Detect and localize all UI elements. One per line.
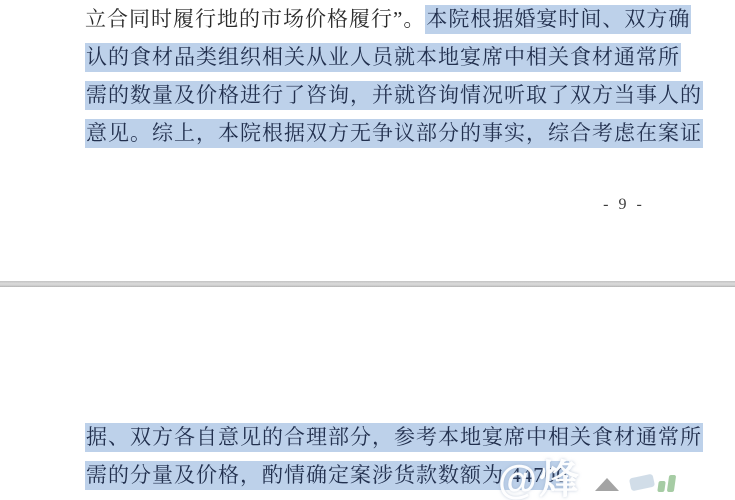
text-line: 需的分量及价格，酌情确定案涉货款数额为 44700: [85, 461, 660, 489]
page-10[interactable]: 据、双方各自意见的合理部分，参考本地宴席中相关食材通常所 需的分量及价格，酌情确…: [0, 287, 735, 500]
page-9[interactable]: 立合同时履行地的市场价格履行”。本院根据婚宴时间、双方确 认的食材品类组织相关从…: [0, 0, 735, 281]
document-viewer: 立合同时履行地的市场价格履行”。本院根据婚宴时间、双方确 认的食材品类组织相关从…: [0, 0, 735, 500]
selected-text: 据、双方各自意见的合理部分，参考本地宴席中相关食材通常所: [85, 423, 703, 452]
selected-text: 认的食材品类组织相关从业人员就本地宴席中相关食材通常所: [85, 43, 681, 72]
unselected-text: 立合同时履行地的市场价格履行”。: [85, 7, 425, 31]
selected-text: 需的数量及价格进行了咨询，并就咨询情况听取了双方当事人的: [85, 81, 703, 110]
page-number: - 9 -: [598, 196, 650, 214]
selected-text: 需的分量及价格，酌情确定案涉货款数额为 44700: [85, 461, 569, 490]
text-line: 据、双方各自意见的合理部分，参考本地宴席中相关食材通常所: [85, 423, 660, 451]
selected-text: 意见。综上，本院根据双方无争议部分的事实，综合考虑在案证: [85, 119, 703, 148]
text-line: 意见。综上，本院根据双方无争议部分的事实，综合考虑在案证: [85, 119, 660, 147]
text-line: 立合同时履行地的市场价格履行”。本院根据婚宴时间、双方确: [85, 5, 660, 33]
text-line: 需的数量及价格进行了咨询，并就咨询情况听取了双方当事人的: [85, 81, 660, 109]
selected-text: 本院根据婚宴时间、双方确: [425, 5, 691, 34]
text-line: 认的食材品类组织相关从业人员就本地宴席中相关食材通常所: [85, 43, 660, 71]
